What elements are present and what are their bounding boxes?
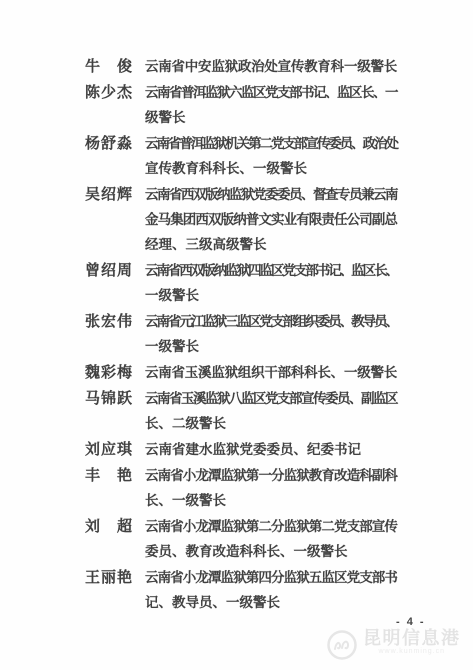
roster-entry: 马锦跃 云南省玉溪监狱八监区党支部宣传委员、副监区长、二级警长	[85, 386, 405, 436]
officer-name: 马锦跃	[85, 386, 133, 411]
officer-title-line: 云南省普洱监狱机关第二党支部宣传委员、政治处	[145, 131, 397, 156]
officer-title-cell: 云南省小龙潭监狱第四分监狱五监区党支部书记、教导员、一级警长	[145, 565, 397, 615]
officer-title-line: 记、教导员、一级警长	[145, 590, 280, 615]
kunming-info-port-logo-icon	[326, 629, 358, 666]
officer-name: 刘 超	[85, 514, 133, 539]
officer-title-cell: 云南省中安监狱政治处宣传教育科一级警长	[145, 54, 397, 79]
officer-title-line: 云南省小龙潭监狱第一分监狱教育改造科副科	[145, 463, 397, 488]
officer-title-cell: 云南省小龙潭监狱第一分监狱教育改造科副科长、一级警长	[145, 463, 397, 513]
officer-name-cell: 牛 俊	[85, 54, 145, 79]
officer-title-line: 云南省普洱监狱六监区党支部书记、监区长、一	[145, 80, 397, 105]
officer-title-line: 一级警长	[145, 334, 199, 359]
officer-title-cell: 云南省元江监狱三监区党支部组织委员、教导员、一级警长	[145, 309, 397, 359]
watermark-site-url: www.kunming.cn	[378, 648, 445, 656]
officer-name: 陈少杰	[85, 80, 133, 105]
officer-title-cell: 云南省普洱监狱机关第二党支部宣传委员、政治处宣传教育科科长、一级警长	[145, 131, 397, 181]
officer-title-line: 级警长	[145, 105, 186, 130]
officer-name-cell: 王丽艳	[85, 565, 145, 615]
roster-entry: 丰 艳 云南省小龙潭监狱第一分监狱教育改造科副科长、一级警长	[85, 463, 405, 513]
officer-title-line: 云南省建水监狱党委委员、纪委书记	[145, 437, 361, 462]
officer-name: 魏彩梅	[85, 360, 133, 385]
officer-name: 刘应琪	[85, 437, 133, 462]
roster-entry: 王丽艳 云南省小龙潭监狱第四分监狱五监区党支部书记、教导员、一级警长	[85, 565, 405, 615]
officer-name-cell: 曾绍周	[85, 258, 145, 308]
officer-name-cell: 魏彩梅	[85, 360, 145, 385]
officer-title-cell: 云南省普洱监狱六监区党支部书记、监区长、一级警长	[145, 80, 397, 130]
roster-entry: 曾绍周 云南省西双版纳监狱四监区党支部书记、监区长、一级警长	[85, 258, 405, 308]
officer-name: 牛 俊	[85, 54, 133, 79]
document-page: 牛 俊 云南省中安监狱政治处宣传教育科一级警长 陈少杰 云南省普洱监狱六监区党支…	[0, 0, 473, 670]
officer-title-cell: 云南省玉溪监狱八监区党支部宣传委员、副监区长、二级警长	[145, 386, 397, 436]
officer-title-line: 云南省西双版纳监狱党委委员、督查专员兼云南	[145, 182, 397, 207]
officer-title-line: 云南省玉溪监狱组织干部科科长、一级警长	[145, 360, 397, 385]
officer-title-cell: 云南省小龙潭监狱第二分监狱第二党支部宣传委员、教育改造科科长、一级警长	[145, 514, 397, 564]
watermark-text: 昆明信息港 www.kunming.cn	[363, 629, 461, 656]
officer-title-line: 委员、教育改造科科长、一级警长	[145, 539, 348, 564]
roster-entry: 张宏伟 云南省元江监狱三监区党支部组织委员、教导员、一级警长	[85, 309, 405, 359]
officer-name-cell: 张宏伟	[85, 309, 145, 359]
page-number: - 4 -	[396, 616, 426, 628]
officer-name: 张宏伟	[85, 309, 133, 334]
officer-name-cell: 丰 艳	[85, 463, 145, 513]
officer-name: 曾绍周	[85, 258, 133, 283]
officer-title-line: 云南省中安监狱政治处宣传教育科一级警长	[145, 54, 397, 79]
officer-name-cell: 马锦跃	[85, 386, 145, 436]
officer-title-line: 长、一级警长	[145, 488, 226, 513]
officer-name-cell: 杨舒淼	[85, 131, 145, 181]
officer-title-line: 云南省小龙潭监狱第四分监狱五监区党支部书	[145, 565, 397, 590]
roster-entry: 吴绍辉 云南省西双版纳监狱党委委员、督查专员兼云南金马集团西双版纳普文实业有限责…	[85, 182, 405, 257]
officer-title-cell: 云南省玉溪监狱组织干部科科长、一级警长	[145, 360, 397, 385]
officer-title-line: 宣传教育科科长、一级警长	[145, 156, 307, 181]
watermark: 昆明信息港 www.kunming.cn	[326, 629, 461, 666]
officer-title-line: 一级警长	[145, 283, 199, 308]
officer-name: 丰 艳	[85, 463, 133, 488]
watermark-site-name: 昆明信息港	[363, 629, 461, 648]
roster-entry: 杨舒淼 云南省普洱监狱机关第二党支部宣传委员、政治处宣传教育科科长、一级警长	[85, 131, 405, 181]
officer-name: 杨舒淼	[85, 131, 133, 156]
officer-title-cell: 云南省建水监狱党委委员、纪委书记	[145, 437, 397, 462]
officer-name: 吴绍辉	[85, 182, 133, 207]
officer-name-cell: 刘应琪	[85, 437, 145, 462]
officer-title-cell: 云南省西双版纳监狱四监区党支部书记、监区长、一级警长	[145, 258, 397, 308]
officer-title-line: 金马集团西双版纳普文实业有限责任公司副总	[145, 207, 397, 232]
officer-name-cell: 陈少杰	[85, 80, 145, 130]
officer-title-line: 云南省元江监狱三监区党支部组织委员、教导员、	[145, 309, 397, 334]
officer-title-line: 长、二级警长	[145, 411, 226, 436]
roster-entry: 陈少杰 云南省普洱监狱六监区党支部书记、监区长、一级警长	[85, 80, 405, 130]
officer-title-cell: 云南省西双版纳监狱党委委员、督查专员兼云南金马集团西双版纳普文实业有限责任公司副…	[145, 182, 397, 257]
officer-title-line: 云南省小龙潭监狱第二分监狱第二党支部宣传	[145, 514, 397, 539]
roster-entry: 刘 超 云南省小龙潭监狱第二分监狱第二党支部宣传委员、教育改造科科长、一级警长	[85, 514, 405, 564]
officer-name-cell: 刘 超	[85, 514, 145, 564]
officer-name-cell: 吴绍辉	[85, 182, 145, 257]
roster-entry: 刘应琪 云南省建水监狱党委委员、纪委书记	[85, 437, 405, 462]
officer-title-line: 云南省西双版纳监狱四监区党支部书记、监区长、	[145, 258, 397, 283]
officer-name: 王丽艳	[85, 565, 133, 590]
officer-title-line: 云南省玉溪监狱八监区党支部宣传委员、副监区	[145, 386, 397, 411]
roster-entry: 魏彩梅 云南省玉溪监狱组织干部科科长、一级警长	[85, 360, 405, 385]
officer-roster-list: 牛 俊 云南省中安监狱政治处宣传教育科一级警长 陈少杰 云南省普洱监狱六监区党支…	[85, 54, 405, 616]
roster-entry: 牛 俊 云南省中安监狱政治处宣传教育科一级警长	[85, 54, 405, 79]
officer-title-line: 经理、三级高级警长	[145, 232, 267, 257]
